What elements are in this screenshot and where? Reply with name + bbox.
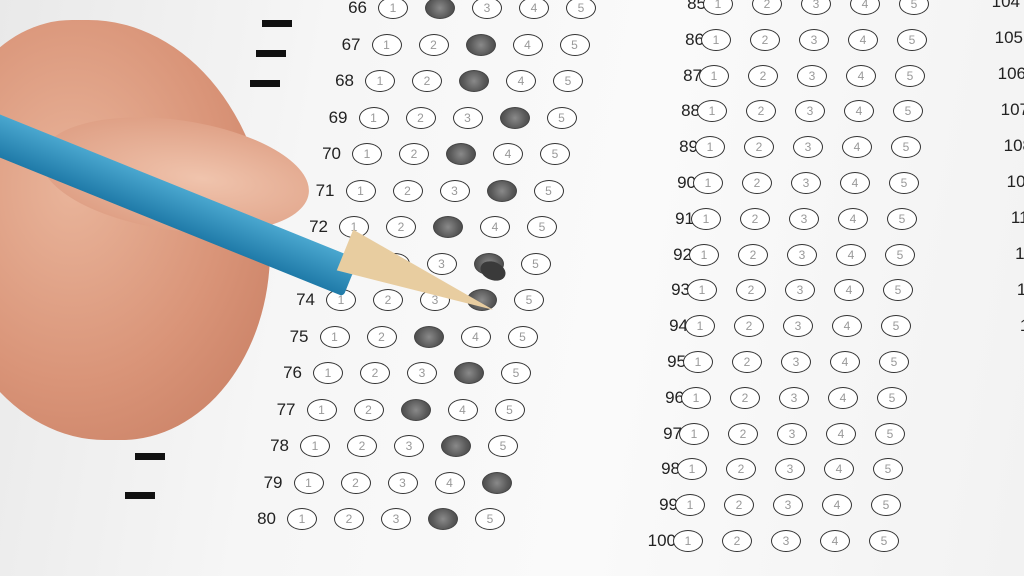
answer-bubble: 3 (472, 0, 502, 19)
answer-bubble: 2 (406, 107, 436, 129)
answer-bubble: 2 (728, 423, 758, 445)
answer-bubble: 5 (488, 435, 518, 457)
answer-bubble: 4 (834, 279, 864, 301)
answer-bubble: 5 (547, 107, 577, 129)
answer-bubble: 5 (495, 399, 525, 421)
answer-bubble: 4 (506, 70, 536, 92)
answer-bubble: 3 (801, 0, 831, 15)
answer-bubble: 3 (795, 100, 825, 122)
answer-bubble: 4 (480, 216, 510, 238)
question-number: 100 (648, 531, 676, 551)
answer-bubble: 4 (448, 399, 478, 421)
answer-bubble: 4 (842, 136, 872, 158)
answer-bubble: 2 (412, 70, 442, 92)
answer-bubble: 3 (407, 362, 437, 384)
answer-bubble: 2 (399, 143, 429, 165)
answer-bubble: 4 (850, 0, 880, 15)
answer-bubble: 5 (508, 326, 538, 348)
answer-bubble: 1 (703, 0, 733, 15)
answer-bubble: 1 (300, 435, 330, 457)
answer-bubble: 2 (354, 399, 384, 421)
answer-bubble: 2 (738, 244, 768, 266)
answer-bubble: 5 (893, 100, 923, 122)
answer-bubble: 3 (446, 143, 476, 165)
answer-bubble: 2 (724, 494, 754, 516)
answer-bubble: 4 (830, 351, 860, 373)
answer-bubble: 1 (365, 70, 395, 92)
answer-bubble: 2 (740, 208, 770, 230)
answer-bubble: 1 (677, 458, 707, 480)
question-number: 109 (1007, 172, 1024, 192)
answer-bubble: 2 (730, 387, 760, 409)
answer-bubble: 3 (440, 180, 470, 202)
answer-bubble: 1 (294, 472, 324, 494)
answer-bubble: 5 (879, 351, 909, 373)
answer-bubble: 3 (459, 70, 489, 92)
question-number: 69 (329, 108, 348, 128)
answer-bubble: 4 (428, 508, 458, 530)
answer-bubble: 1 (685, 315, 715, 337)
answer-bubble: 2 (742, 172, 772, 194)
answer-bubble: 5 (877, 387, 907, 409)
answer-bubble: 1 (287, 508, 317, 530)
question-number: 79 (264, 473, 283, 493)
answer-bubble: 3 (771, 530, 801, 552)
answer-bubble: 5 (883, 279, 913, 301)
question-number: 71 (316, 181, 335, 201)
question-number: 77 (277, 400, 296, 420)
answer-bubble: 2 (752, 0, 782, 15)
question-number: 66 (348, 0, 367, 18)
answer-bubble: 2 (425, 0, 455, 19)
answer-bubble: 4 (820, 530, 850, 552)
registration-mark (125, 492, 155, 499)
answer-bubble: 4 (435, 472, 465, 494)
answer-bubble: 5 (553, 70, 583, 92)
answer-bubble: 5 (871, 494, 901, 516)
answer-bubble: 4 (513, 34, 543, 56)
answer-bubble: 4 (826, 423, 856, 445)
answer-bubble: 4 (487, 180, 517, 202)
answer-bubble: 3 (789, 208, 819, 230)
answer-bubble: 5 (895, 65, 925, 87)
answer-bubble: 4 (824, 458, 854, 480)
answer-bubble: 5 (891, 136, 921, 158)
question-number: 106 (998, 64, 1024, 84)
answer-bubble: 4 (848, 29, 878, 51)
question-number: 113 (1020, 316, 1024, 336)
answer-bubble: 2 (722, 530, 752, 552)
answer-bubble: 3 (433, 216, 463, 238)
answer-bubble: 1 (372, 34, 402, 56)
answer-bubble: 2 (386, 216, 416, 238)
answer-bubble: 3 (779, 387, 809, 409)
answer-bubble: 5 (869, 530, 899, 552)
answer-bubble: 3 (466, 34, 496, 56)
question-number: 112 (1017, 280, 1024, 300)
answer-bubble: 1 (320, 326, 350, 348)
answer-bubble: 5 (521, 253, 551, 275)
question-number: 74 (296, 290, 315, 310)
answer-bubble: 2 (360, 362, 390, 384)
answer-bubble: 1 (687, 279, 717, 301)
question-number: 70 (322, 144, 341, 164)
answer-bubble: 5 (475, 508, 505, 530)
answer-bubble: 4 (461, 326, 491, 348)
answer-bubble: 2 (744, 136, 774, 158)
answer-bubble: 2 (726, 458, 756, 480)
answer-bubble: 3 (787, 244, 817, 266)
question-number: 78 (270, 436, 289, 456)
question-number: 110 (1011, 208, 1024, 228)
question-number: 72 (309, 217, 328, 237)
answer-bubble: 3 (773, 494, 803, 516)
answer-bubble: 4 (441, 435, 471, 457)
question-number: 111 (1015, 244, 1024, 264)
question-number: 104 (992, 0, 1020, 12)
answer-bubble: 2 (334, 508, 364, 530)
answer-bubble: 1 (307, 399, 337, 421)
question-number: 80 (257, 509, 276, 529)
answer-bubble: 3 (777, 423, 807, 445)
answer-bubble: 1 (699, 65, 729, 87)
answer-bubble: 3 (381, 508, 411, 530)
answer-bubble: 4 (844, 100, 874, 122)
answer-bubble: 5 (501, 362, 531, 384)
answer-bubble: 5 (560, 34, 590, 56)
answer-bubble: 5 (885, 244, 915, 266)
registration-mark (250, 80, 280, 87)
answer-bubble: 2 (347, 435, 377, 457)
registration-mark (262, 20, 292, 27)
answer-bubble: 5 (897, 29, 927, 51)
answer-bubble: 1 (689, 244, 719, 266)
answer-bubble: 1 (679, 423, 709, 445)
registration-mark (135, 453, 165, 460)
answer-bubble: 4 (846, 65, 876, 87)
answer-bubble: 2 (750, 29, 780, 51)
answer-bubble: 1 (378, 0, 408, 19)
question-number: 68 (335, 71, 354, 91)
answer-bubble: 5 (887, 208, 917, 230)
answer-bubble: 3 (781, 351, 811, 373)
answer-bubble: 1 (697, 100, 727, 122)
answer-bubble: 2 (367, 326, 397, 348)
answer-bubble: 4 (454, 362, 484, 384)
answer-bubble: 1 (695, 136, 725, 158)
answer-bubble: 3 (401, 399, 431, 421)
answer-bubble: 3 (453, 107, 483, 129)
answer-bubble: 3 (783, 315, 813, 337)
answer-bubble: 3 (394, 435, 424, 457)
answer-bubble: 4 (500, 107, 530, 129)
answer-bubble: 5 (540, 143, 570, 165)
answer-bubble: 3 (797, 65, 827, 87)
answer-bubble: 1 (701, 29, 731, 51)
answer-bubble: 2 (419, 34, 449, 56)
answer-bubble: 2 (732, 351, 762, 373)
answer-bubble: 5 (899, 0, 929, 15)
answer-bubble: 4 (838, 208, 868, 230)
answer-bubble: 4 (840, 172, 870, 194)
answer-bubble: 5 (534, 180, 564, 202)
answer-bubble: 5 (881, 315, 911, 337)
answer-bubble: 1 (681, 387, 711, 409)
answer-bubble: 2 (341, 472, 371, 494)
answer-bubble: 4 (828, 387, 858, 409)
answer-bubble: 4 (832, 315, 862, 337)
answer-bubble: 1 (352, 143, 382, 165)
answer-bubble: 1 (683, 351, 713, 373)
answer-bubble: 3 (785, 279, 815, 301)
answer-bubble: 3 (414, 326, 444, 348)
answer-bubble: 4 (822, 494, 852, 516)
answer-bubble: 1 (359, 107, 389, 129)
answer-bubble: 3 (775, 458, 805, 480)
answer-bubble: 5 (527, 216, 557, 238)
question-number: 108 (1004, 136, 1024, 156)
question-number: 105 (995, 28, 1023, 48)
answer-bubble: 3 (793, 136, 823, 158)
question-number: 76 (283, 363, 302, 383)
answer-bubble: 2 (746, 100, 776, 122)
answer-bubble: 2 (748, 65, 778, 87)
answer-bubble: 2 (734, 315, 764, 337)
answer-bubble: 5 (566, 0, 596, 19)
question-number: 67 (342, 35, 361, 55)
answer-bubble: 5 (482, 472, 512, 494)
answer-bubble: 4 (519, 0, 549, 19)
answer-bubble: 5 (875, 423, 905, 445)
answer-bubble: 4 (493, 143, 523, 165)
answer-bubble: 2 (393, 180, 423, 202)
answer-bubble: 1 (693, 172, 723, 194)
answer-bubble: 5 (889, 172, 919, 194)
answer-bubble: 5 (873, 458, 903, 480)
answer-bubble: 1 (691, 208, 721, 230)
question-number: 107 (1001, 100, 1024, 120)
answer-bubble: 5 (514, 289, 544, 311)
answer-bubble: 1 (675, 494, 705, 516)
answer-bubble: 3 (799, 29, 829, 51)
registration-mark (256, 50, 286, 57)
answer-bubble: 1 (346, 180, 376, 202)
question-number: 75 (290, 327, 309, 347)
answer-bubble: 1 (673, 530, 703, 552)
answer-bubble: 1 (313, 362, 343, 384)
answer-bubble: 3 (388, 472, 418, 494)
answer-bubble: 4 (836, 244, 866, 266)
answer-bubble: 3 (791, 172, 821, 194)
answer-bubble: 2 (736, 279, 766, 301)
